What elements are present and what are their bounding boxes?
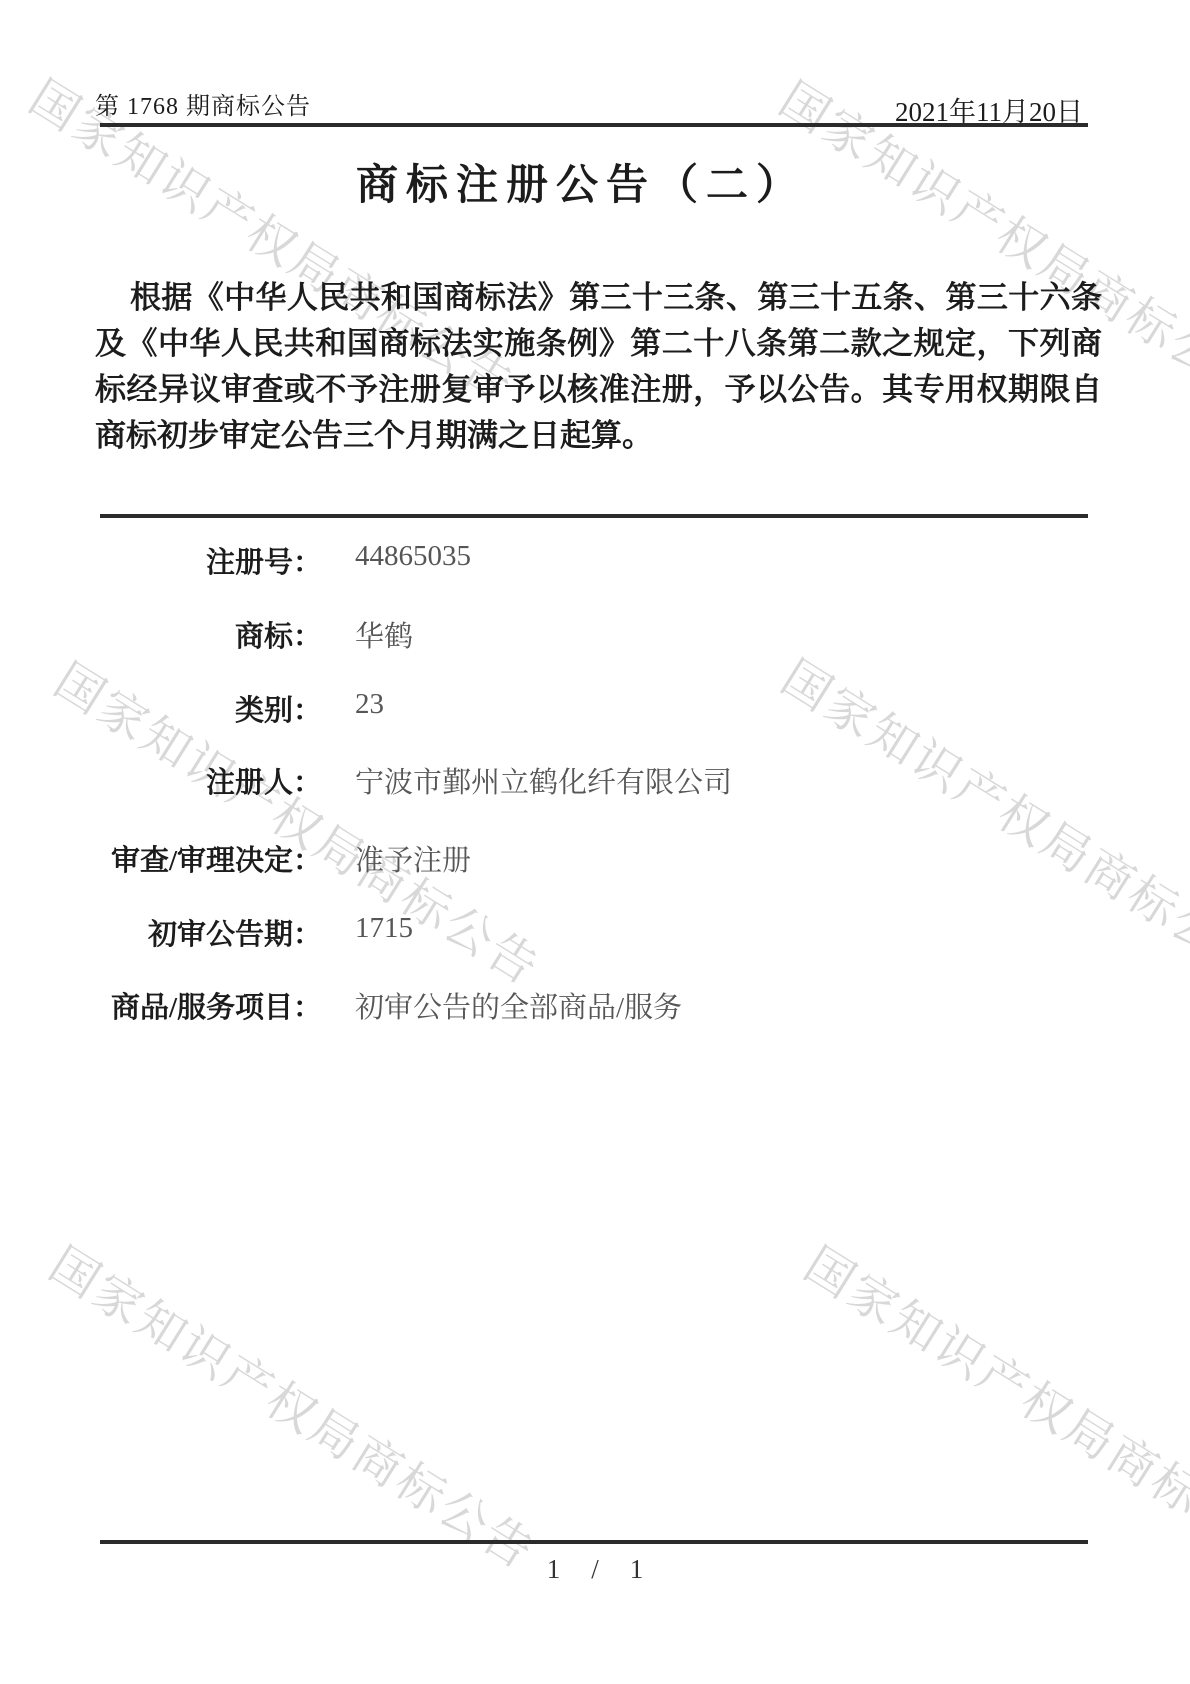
gazette-issue-number: 第 1768 期商标公告 (95, 86, 311, 121)
field-label: 商标： (95, 614, 322, 655)
page-content: 第 1768 期商标公告 2021年11月20日 商标注册公告（二） 根据《中华… (0, 0, 1190, 1684)
field-label: 注册人： (95, 760, 322, 801)
field-row-decision: 审查/审理决定： 准予注册 (95, 838, 1095, 872)
intro-paragraph: 根据《中华人民共和国商标法》第三十三条、第三十五条、第三十六条及《中华人民共和国… (95, 275, 1102, 459)
gazette-page: 国家知识产权局商标公告 国家知识产权局商标公告 国家知识产权局商标公告 国家知识… (0, 0, 1190, 1684)
field-value: 1715 (355, 912, 1095, 945)
field-label: 审查/审理决定： (95, 838, 322, 879)
section-rule (100, 514, 1088, 518)
page-title: 商标注册公告（二） (0, 152, 1176, 212)
field-label: 注册号： (95, 540, 322, 581)
current-page: 1 (547, 1554, 561, 1585)
field-row-trademark: 商标： 华鹤 (95, 614, 1095, 648)
field-value: 华鹤 (355, 614, 1095, 655)
field-value: 44865035 (355, 540, 1095, 573)
field-value: 宁波市鄞州立鹤化纤有限公司 (355, 760, 1095, 801)
field-value: 准予注册 (355, 838, 1095, 879)
field-label: 商品/服务项目： (95, 985, 322, 1026)
field-row-class: 类别： 23 (95, 688, 1095, 722)
field-row-goods-services: 商品/服务项目： 初审公告的全部商品/服务 (95, 985, 1095, 1019)
footer-rule (100, 1540, 1088, 1544)
field-row-preliminary-gazette: 初审公告期： 1715 (95, 912, 1095, 946)
page-indicator: 1 / 1 (0, 1554, 1190, 1585)
field-value: 初审公告的全部商品/服务 (355, 985, 1095, 1026)
field-row-registrant: 注册人： 宁波市鄞州立鹤化纤有限公司 (95, 760, 1095, 794)
field-label: 初审公告期： (95, 912, 322, 953)
page-separator: / (591, 1554, 599, 1585)
field-value: 23 (355, 688, 1095, 721)
field-label: 类别： (95, 688, 322, 729)
field-row-registration-number: 注册号： 44865035 (95, 540, 1095, 574)
total-pages: 1 (630, 1554, 644, 1585)
header-rule (100, 123, 1088, 127)
